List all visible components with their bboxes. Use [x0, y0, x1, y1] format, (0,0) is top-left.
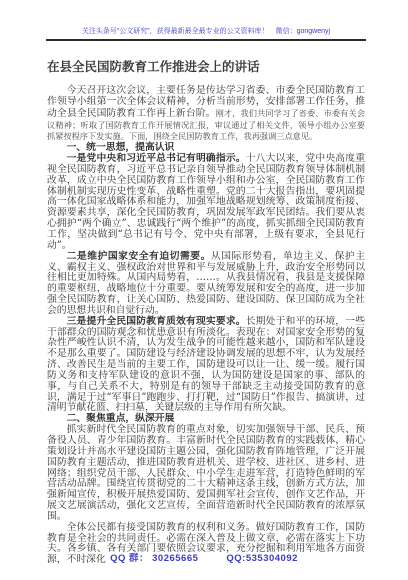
qq-group-number: QQ 群： 30265665 [110, 553, 198, 564]
text-run: 一是党中央和习近平总书记有明确指示。 [67, 153, 246, 164]
header-banner: 关注头条号“公文研究”，获得最新最全最专业的公文资料库！ 微信：gongweny… [46, 26, 366, 41]
paragraph: 二是维护国家安全有迫切需要。从国际形势看，单边主义、保护主义、霸权主义、强权政治… [47, 252, 365, 317]
text-run: 十八大以来，党中央高度重视全民国防教育，习近平总书记亲自领导推动全民国防教育领导… [47, 153, 365, 251]
paragraph: 三是提升全民国防教育质效有现实要求。长期处于和平的环境，一些干部群众的国防观念和… [47, 317, 365, 415]
text-run: 抓实新时代全民国防教育的重点对象，切实加强领导干部、民兵、预备役人员、青少年国防… [47, 424, 365, 522]
document-body: 在县全民国防教育工作推进会上的讲话 今天召开这次会议，主要任务是传达学习省委、市… [47, 57, 365, 566]
paragraph: 抓实新时代全民国防教育的重点对象，切实加强领导干部、民兵、预备役人员、青少年国防… [47, 425, 365, 523]
document-content: 今天召开这次会议，主要任务是传达学习省委、市委全民国防教育工作领导小组第一次全体… [47, 86, 365, 566]
text-run: 长期处于和平的环境，一些干部群众的国防观念和忧患意识有所淡化。表现在：对国家安全… [47, 316, 365, 414]
paragraph: 今天召开这次会议，主要任务是传达学习省委、市委全民国防教育工作领导小组第一次全体… [47, 86, 365, 143]
page-title: 在县全民国防教育工作推进会上的讲话 [47, 57, 365, 75]
footer: QQ 群： 30265665QQ:535304092 [0, 550, 408, 564]
text-run: 一、统一思想，提高认识 [67, 142, 175, 153]
document-page: 关注头条号“公文研究”，获得最新最全最专业的公文资料库！ 微信：gongweny… [0, 0, 408, 580]
text-run: 三是提升全民国防教育质效有现实要求。 [67, 316, 246, 327]
qq-number: QQ:535304092 [226, 553, 298, 564]
text-run: 二、聚焦重点，纵深开展 [67, 413, 175, 424]
paragraph: 一是党中央和习近平总书记有明确指示。十八大以来，党中央高度重视全民国防教育，习近… [47, 154, 365, 252]
text-run: 二是维护国家安全有迫切需要。 [67, 251, 211, 262]
